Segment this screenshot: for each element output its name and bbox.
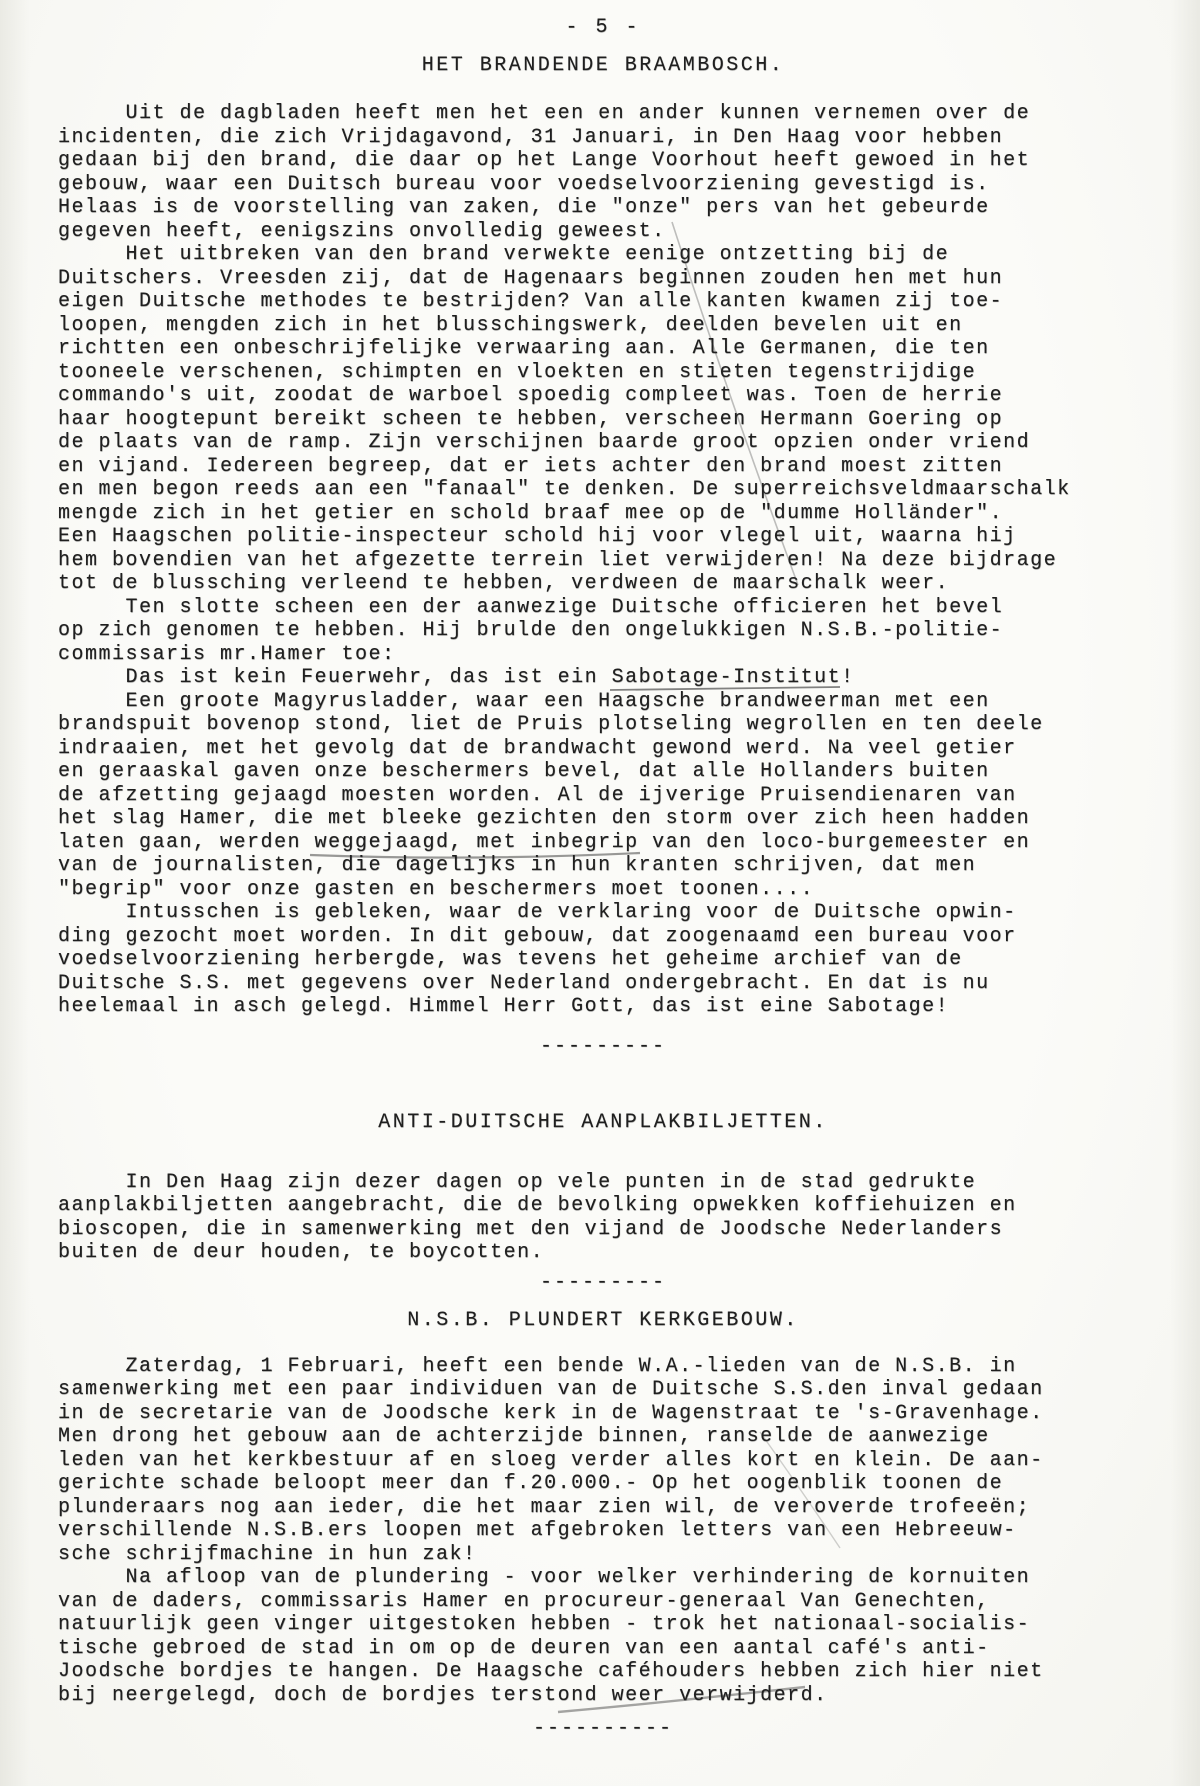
section-1-heading: HET BRANDENDE BRAAMBOSCH. <box>58 54 1148 78</box>
paragraph: In Den Haag zijn dezer dagen op vele pun… <box>58 1171 1148 1265</box>
section-het-brandende-braambosch: HET BRANDENDE BRAAMBOSCH. Uit de dagblad… <box>58 54 1148 1059</box>
paragraph: Een groote Magyrusladder, waar een Haags… <box>58 690 1148 902</box>
paragraph: Het uitbreken van den brand verwekte een… <box>58 243 1148 596</box>
section-divider: ---------- <box>58 1717 1148 1741</box>
section-anti-duitsche-aanplakbiljetten: ANTI-DUITSCHE AANPLAKBILJETTEN. In Den H… <box>58 1111 1148 1295</box>
paragraph: Ten slotte scheen een der aanwezige Duit… <box>58 596 1148 667</box>
paragraph: Intusschen is gebleken, waar de verklari… <box>58 901 1148 1019</box>
page-content: - 5 - HET BRANDENDE BRAAMBOSCH. Uit de d… <box>0 0 1200 1741</box>
page-number: - 5 - <box>58 16 1148 40</box>
section-divider: --------- <box>58 1271 1148 1295</box>
paragraph: Uit de dagbladen heeft men het een en an… <box>58 102 1148 243</box>
paragraph: Das ist kein Feuerwehr, das ist ein Sabo… <box>58 666 1148 690</box>
section-2-heading: ANTI-DUITSCHE AANPLAKBILJETTEN. <box>58 1111 1148 1135</box>
section-3-heading: N.S.B. PLUNDERT KERKGEBOUW. <box>58 1309 1148 1333</box>
section-nsb-plundert-kerkgebouw: N.S.B. PLUNDERT KERKGEBOUW. Zaterdag, 1 … <box>58 1309 1148 1742</box>
paragraph: Zaterdag, 1 Februari, heeft een bende W.… <box>58 1355 1148 1567</box>
paragraph: Na afloop van de plundering - voor welke… <box>58 1566 1148 1707</box>
scanned-document-page: - 5 - HET BRANDENDE BRAAMBOSCH. Uit de d… <box>0 0 1200 1786</box>
section-divider: --------- <box>58 1035 1148 1059</box>
